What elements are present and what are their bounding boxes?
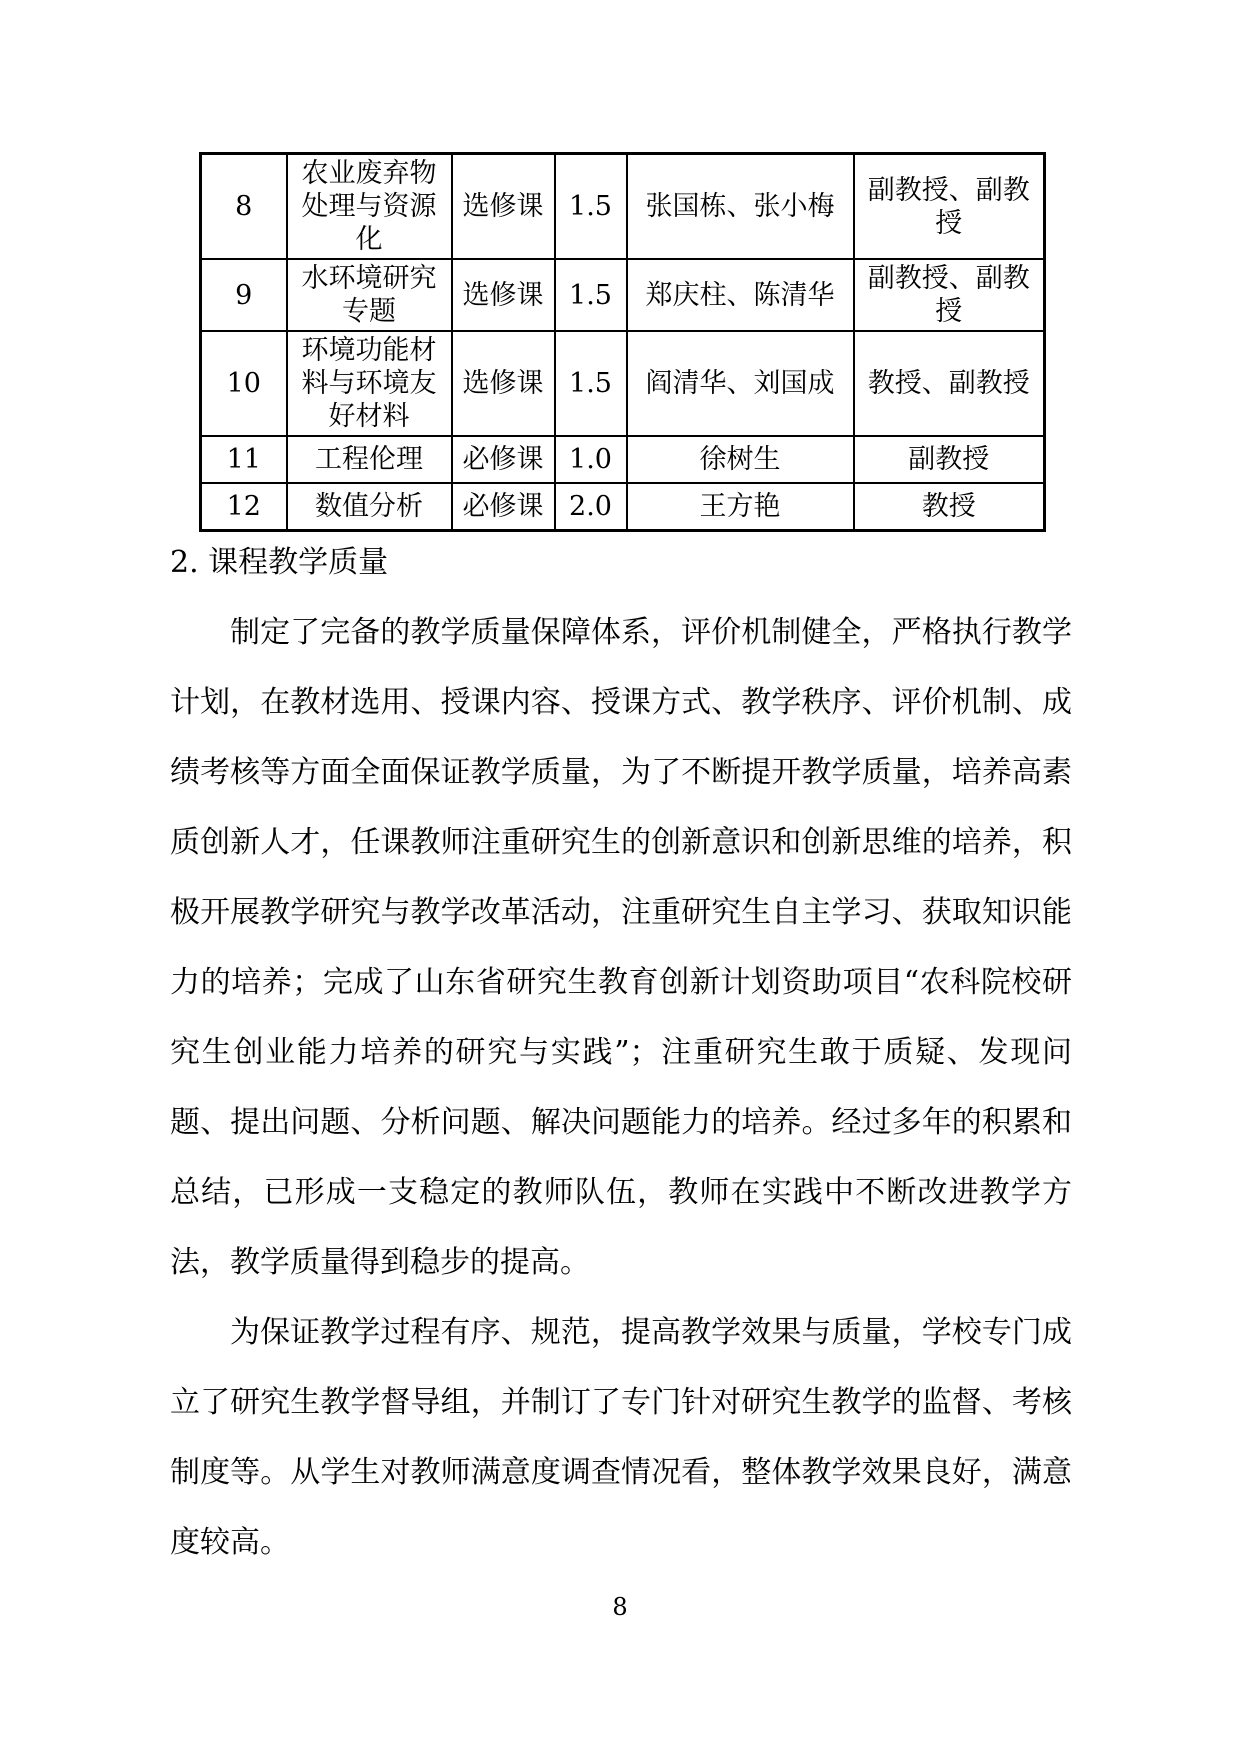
cell-course-type: 选修课 [452, 154, 555, 260]
cell-credits: 1.5 [555, 331, 627, 436]
cell-row-number: 12 [201, 483, 287, 530]
body-paragraph: 为保证教学过程有序、规范，提高教学效果与质量，学校专门成立了研究生教学督导组，并… [170, 1298, 1072, 1578]
cell-course-type: 必修课 [452, 436, 555, 483]
cell-titles: 副教授、副教授 [854, 259, 1045, 331]
cell-course-name: 数值分析 [287, 483, 452, 530]
cell-course-type: 选修课 [452, 331, 555, 436]
cell-credits: 1.5 [555, 259, 627, 331]
body-paragraph: 制定了完备的教学质量保障体系，评价机制健全，严格执行教学计划，在教材选用、授课内… [170, 598, 1072, 1298]
section-content: 2. 课程教学质量 制定了完备的教学质量保障体系，评价机制健全，严格执行教学计划… [170, 528, 1072, 1578]
section-heading: 2. 课程教学质量 [170, 528, 1072, 598]
cell-course-name: 环境功能材料与环境友好材料 [287, 331, 452, 436]
cell-teachers: 王方艳 [627, 483, 854, 530]
cell-titles: 教授、副教授 [854, 331, 1045, 436]
table-row: 10 环境功能材料与环境友好材料 选修课 1.5 阎清华、刘国成 教授、副教授 [201, 331, 1045, 436]
page-number: 8 [0, 1592, 1240, 1622]
cell-teachers: 阎清华、刘国成 [627, 331, 854, 436]
cell-teachers: 郑庆柱、陈清华 [627, 259, 854, 331]
table-row: 8 农业废弃物处理与资源化 选修课 1.5 张国栋、张小梅 副教授、副教授 [201, 154, 1045, 260]
cell-course-type: 必修课 [452, 483, 555, 530]
cell-course-type: 选修课 [452, 259, 555, 331]
cell-titles: 副教授 [854, 436, 1045, 483]
cell-course-name: 工程伦理 [287, 436, 452, 483]
table-row: 11 工程伦理 必修课 1.0 徐树生 副教授 [201, 436, 1045, 483]
cell-credits: 2.0 [555, 483, 627, 530]
cell-course-name: 农业废弃物处理与资源化 [287, 154, 452, 260]
cell-titles: 副教授、副教授 [854, 154, 1045, 260]
cell-titles: 教授 [854, 483, 1045, 530]
cell-teachers: 张国栋、张小梅 [627, 154, 854, 260]
cell-teachers: 徐树生 [627, 436, 854, 483]
table-row: 9 水环境研究专题 选修课 1.5 郑庆柱、陈清华 副教授、副教授 [201, 259, 1045, 331]
cell-credits: 1.5 [555, 154, 627, 260]
table-row: 12 数值分析 必修课 2.0 王方艳 教授 [201, 483, 1045, 530]
document-page: 8 农业废弃物处理与资源化 选修课 1.5 张国栋、张小梅 副教授、副教授 9 … [0, 0, 1240, 1753]
course-table: 8 农业废弃物处理与资源化 选修课 1.5 张国栋、张小梅 副教授、副教授 9 … [199, 152, 1046, 532]
cell-row-number: 11 [201, 436, 287, 483]
cell-credits: 1.0 [555, 436, 627, 483]
cell-row-number: 10 [201, 331, 287, 436]
cell-course-name: 水环境研究专题 [287, 259, 452, 331]
cell-row-number: 9 [201, 259, 287, 331]
cell-row-number: 8 [201, 154, 287, 260]
